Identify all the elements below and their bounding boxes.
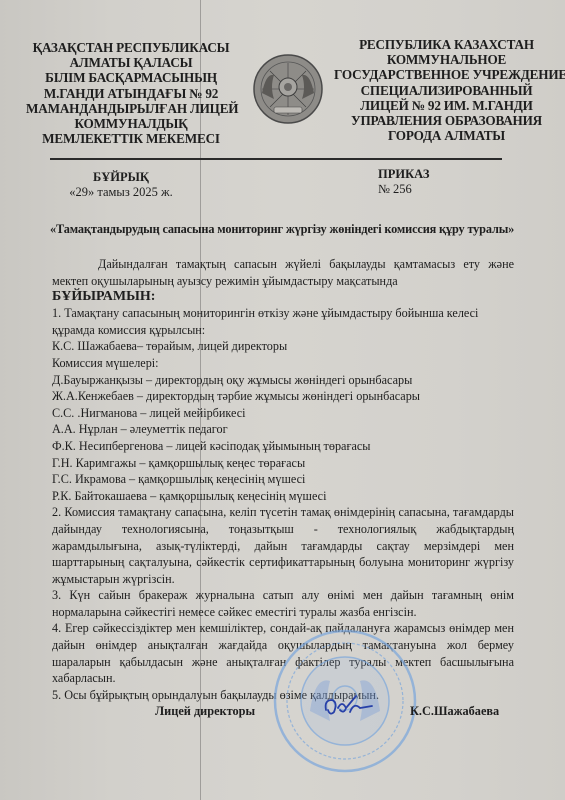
document-title: «Тамақтандырудың сапасына мониторинг жүр… xyxy=(50,222,514,237)
order-ru-label: ПРИКАЗ xyxy=(378,167,429,182)
member: Д.Бауыржанқызы – директордың оқу жұмысы … xyxy=(52,372,514,389)
preamble: Дайындалған тамақтың сапасын жүйелі бақы… xyxy=(52,256,514,289)
order-kz-label: БҰЙРЫҚ xyxy=(46,170,196,185)
header-ru-line: ГОСУДАРСТВЕННОЕ УЧРЕЖДЕНИЕ xyxy=(334,67,559,82)
item-3: 3. Күн сайын бракераж журналына сатып ал… xyxy=(52,587,514,620)
order-number: № 256 xyxy=(378,182,429,197)
header-ru-line: СПЕЦИАЛИЗИРОВАННЫЙ xyxy=(334,83,559,98)
member: Г.С. Икрамова – қамқоршылық кеңесінің мү… xyxy=(52,471,514,488)
member: А.А. Нұрлан – әлеуметтік педагог xyxy=(52,421,514,438)
member: Г.Н. Каримгажы – қамқоршылық кеңес төрағ… xyxy=(52,455,514,472)
header-kz-line: М.ГАНДИ АТЫНДАҒЫ № 92 xyxy=(26,86,236,101)
header-ru-line: УПРАВЛЕНИЯ ОБРАЗОВАНИЯ xyxy=(334,113,559,128)
state-emblem-icon xyxy=(252,53,324,125)
header-ru-line: ГОРОДА АЛМАТЫ xyxy=(334,128,559,143)
signature-icon xyxy=(320,692,380,722)
header-divider xyxy=(50,158,502,160)
order-heading: БҰЙЫРАМЫН: xyxy=(52,289,514,305)
item-2: 2. Комиссия тамақтану сапасына, келіп тү… xyxy=(52,504,514,587)
header-kz-line: ҚАЗАҚСТАН РЕСПУБЛИКАСЫ xyxy=(26,40,236,55)
commission-chair: К.С. Шажабаева– төрайым, лицей директоры xyxy=(52,338,514,355)
header-kz-line: МЕМЛЕКЕТТІК МЕКЕМЕСІ xyxy=(26,131,236,146)
signatory-name: К.С.Шажабаева xyxy=(410,704,499,719)
order-ru-block: ПРИКАЗ № 256 xyxy=(378,167,429,197)
order-date: «29» тамыз 2025 ж. xyxy=(46,185,196,200)
header-kz-line: МАМАНДАНДЫРЫЛҒАН ЛИЦЕЙ xyxy=(26,101,236,116)
header-kz-line: АЛМАТЫ ҚАЛАСЫ xyxy=(26,55,236,70)
member: Р.К. Байтокашаева – қамқоршылық кеңесіні… xyxy=(52,488,514,505)
header-kz-line: БІЛІМ БАСҚАРМАСЫНЫҢ xyxy=(26,70,236,85)
header-kazakh: ҚАЗАҚСТАН РЕСПУБЛИКАСЫ АЛМАТЫ ҚАЛАСЫ БІЛ… xyxy=(26,40,236,146)
header-ru-line: РЕСПУБЛИКА КАЗАХСТАН xyxy=(334,37,559,52)
header-kz-line: КОММУНАЛДЫҚ xyxy=(26,116,236,131)
member: Ж.А.Кенжебаев – директордың тәрбие жұмыс… xyxy=(52,388,514,405)
header-ru-line: ЛИЦЕЙ № 92 ИМ. М.ГАНДИ xyxy=(334,98,559,113)
member: С.С. .Нигманова – лицей мейірбикесі xyxy=(52,405,514,422)
member: Ф.К. Несипбергенова – лицей кәсіподақ ұй… xyxy=(52,438,514,455)
header-russian: РЕСПУБЛИКА КАЗАХСТАН КОММУНАЛЬНОЕ ГОСУДА… xyxy=(334,37,559,143)
header-ru-line: КОММУНАЛЬНОЕ xyxy=(334,52,559,67)
signatory-position: Лицей директоры xyxy=(155,704,255,719)
item-1: 1. Тамақтану сапасының мониторингін өткі… xyxy=(52,305,514,338)
members-label: Комиссия мүшелері: xyxy=(52,355,514,372)
order-kz-block: БҰЙРЫҚ «29» тамыз 2025 ж. xyxy=(46,170,196,200)
